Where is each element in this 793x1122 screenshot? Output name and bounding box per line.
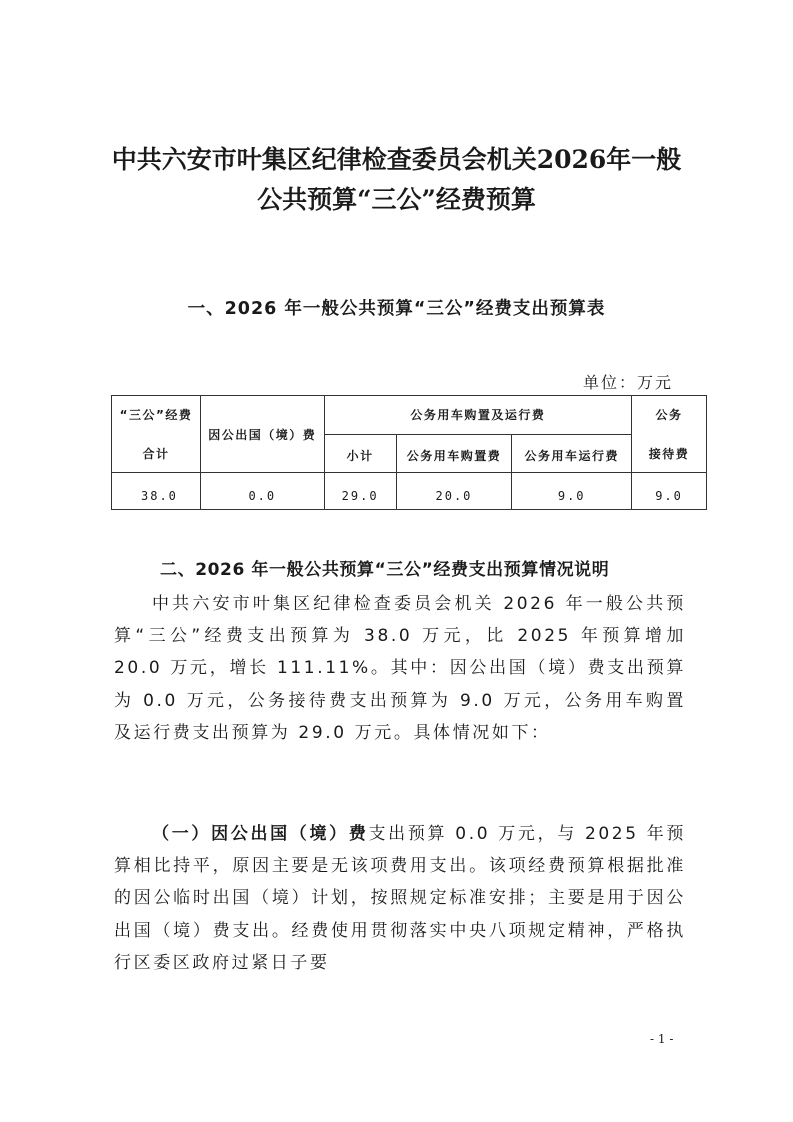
header-reception-line1: 公务 — [632, 406, 706, 423]
header-total-line1: “三公”经费 — [112, 406, 200, 423]
unit-label: 单位：万元 — [583, 370, 673, 393]
document-title-line-1: 中共六安市叶集区纪律检查委员会机关2026年一般 — [0, 140, 793, 176]
cell-vehicle-subtotal: 29.0 — [324, 473, 396, 510]
header-total: “三公”经费 合计 — [112, 396, 201, 473]
header-abroad: 因公出国（境）费 — [200, 396, 324, 473]
page-number: - 1 - — [650, 1032, 673, 1046]
header-vehicle-group: 公务用车购置及运行费 — [324, 396, 631, 435]
cell-vehicle-purchase: 20.0 — [396, 473, 512, 510]
cell-vehicle-operation: 9.0 — [512, 473, 632, 510]
header-vehicle-subtotal: 小计 — [324, 434, 396, 473]
paragraph-summary: 中共六安市叶集区纪律检查委员会机关 2026 年一般公共预算“三公”经费支出预算… — [114, 588, 686, 749]
header-reception: 公务 接待费 — [632, 396, 707, 473]
cell-total: 38.0 — [112, 473, 201, 510]
cell-reception: 9.0 — [632, 473, 707, 510]
paragraph-abroad: （一）因公出国（境）费支出预算 0.0 万元，与 2025 年预算相比持平，原因… — [114, 818, 686, 979]
document-title-line-2: 公共预算“三公”经费预算 — [0, 180, 793, 216]
header-reception-line2: 接待费 — [632, 445, 706, 462]
table-row: 38.0 0.0 29.0 20.0 9.0 9.0 — [112, 473, 707, 510]
section-2-heading: 二、2026 年一般公共预算“三公”经费支出预算情况说明 — [160, 555, 609, 580]
paragraph-abroad-heading: （一）因公出国（境）费 — [152, 824, 369, 844]
header-vehicle-purchase: 公务用车购置费 — [396, 434, 512, 473]
header-total-line2: 合计 — [112, 445, 200, 462]
header-vehicle-operation: 公务用车运行费 — [512, 434, 632, 473]
paragraph-abroad-body: 支出预算 0.0 万元，与 2025 年预算相比持平，原因主要是无该项费用支出。… — [114, 824, 686, 973]
cell-abroad: 0.0 — [200, 473, 324, 510]
budget-table: “三公”经费 合计 因公出国（境）费 公务用车购置及运行费 公务 接待费 小计 … — [111, 395, 707, 510]
section-1-heading: 一、2026 年一般公共预算“三公”经费支出预算表 — [0, 295, 793, 320]
